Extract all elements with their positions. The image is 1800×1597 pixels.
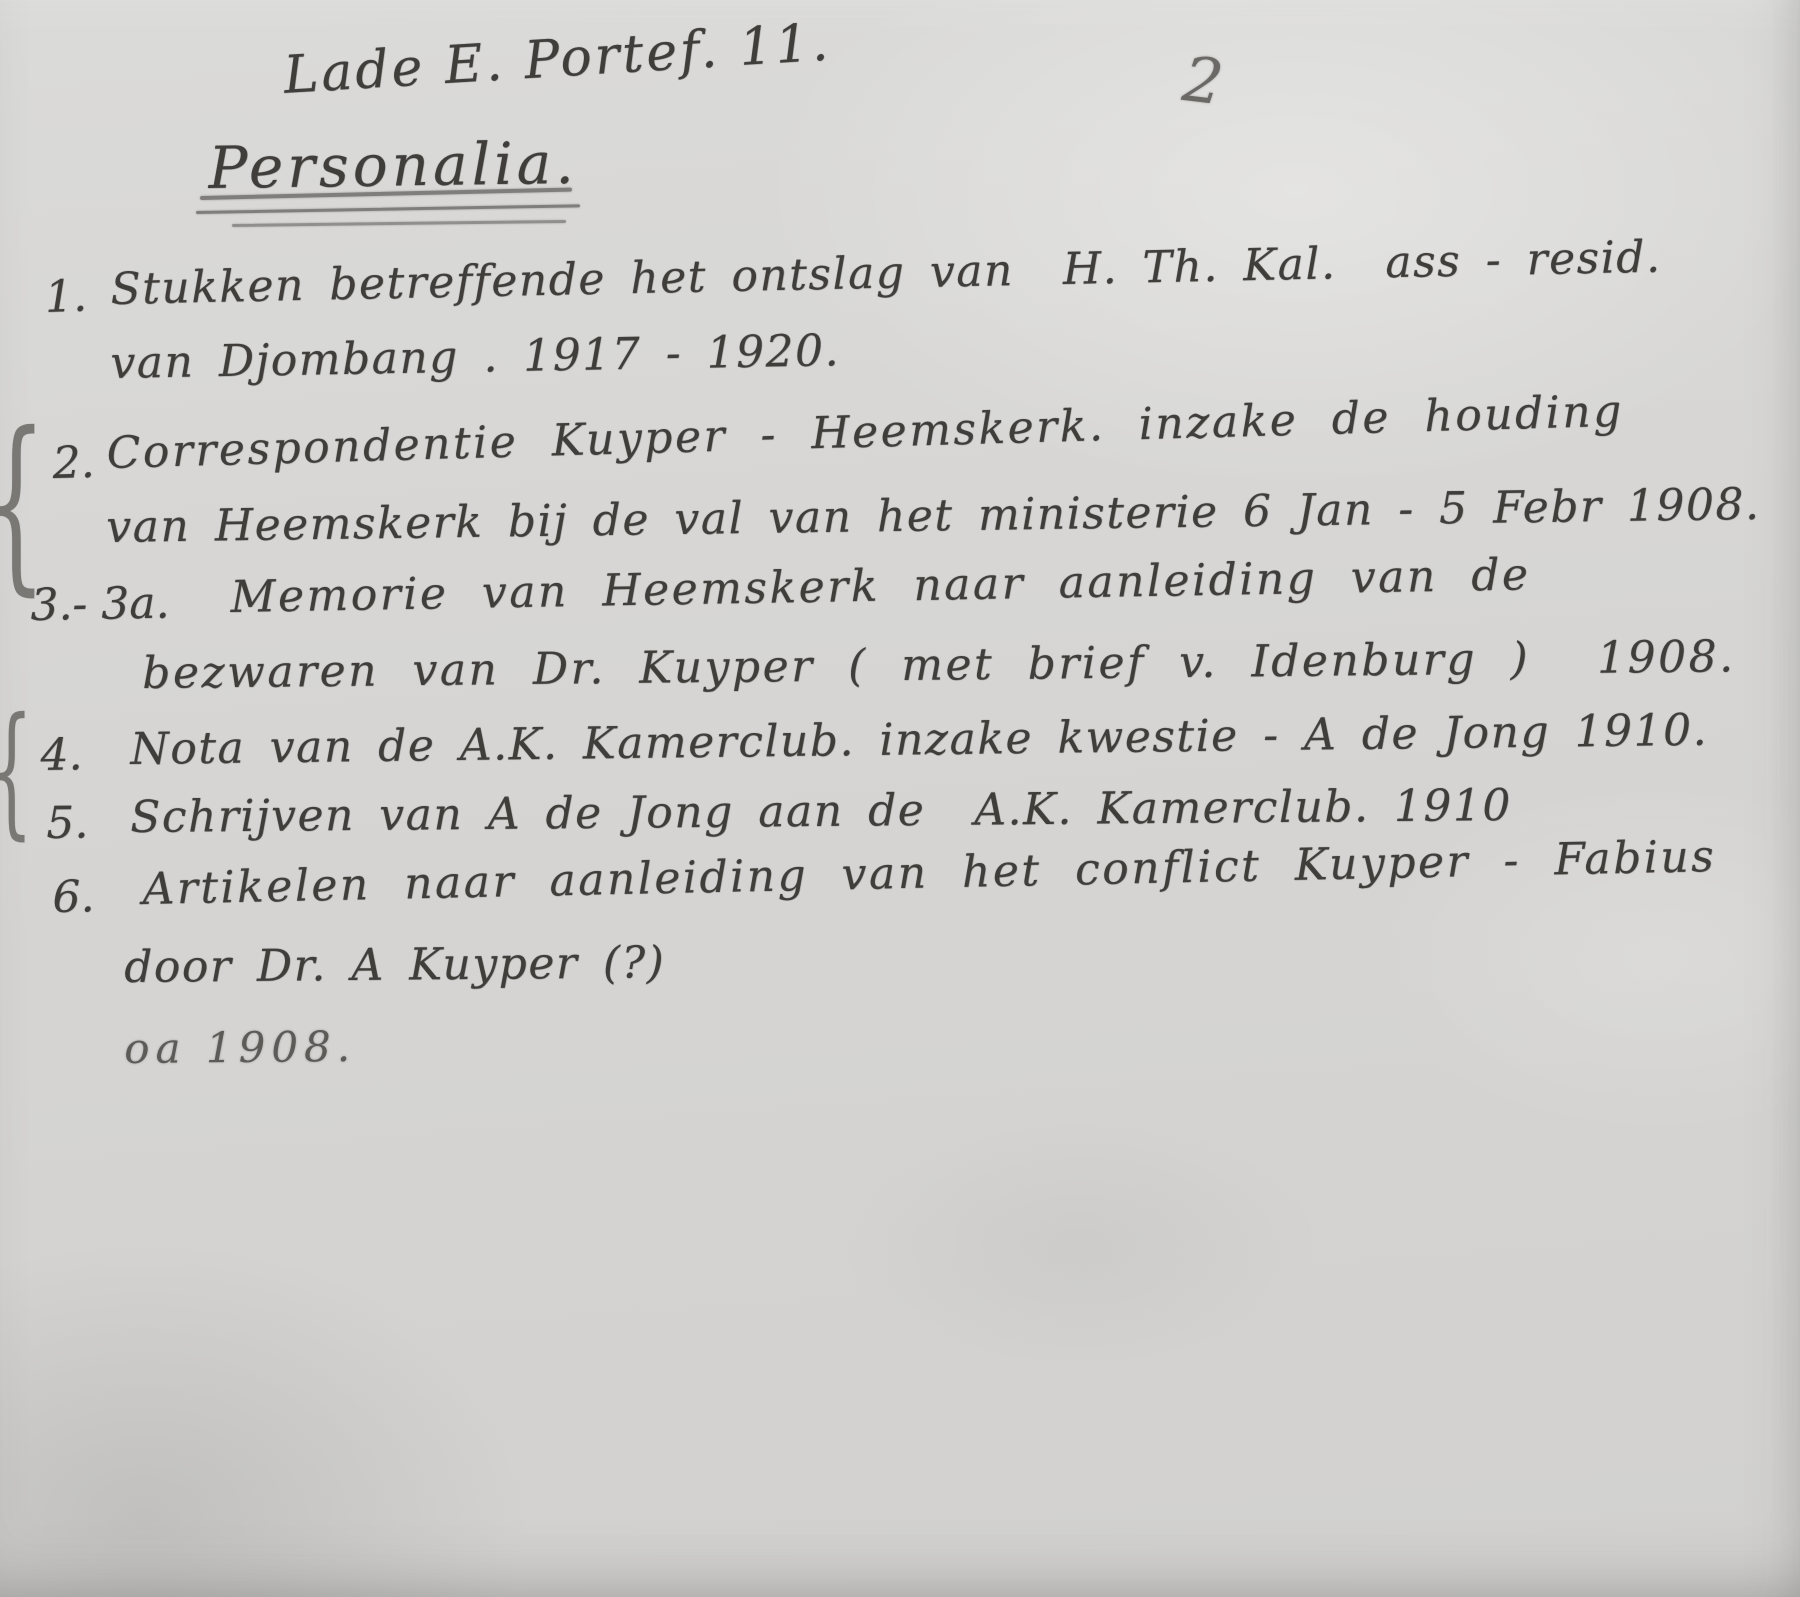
item-3-number: 3.- 3a. [30, 578, 170, 631]
item-6-line-1: Artikelen naar aanleiding van het confli… [142, 831, 1717, 915]
item-1-line-2: van Djombang . 1917 - 1920. [110, 325, 840, 389]
margin-brace-items-4-5: { [0, 688, 33, 853]
item-1-line-1: Stukken betreffende het ontslag van H. T… [110, 232, 1662, 315]
item-5-line-1: Schrijven van A de Jong aan de A.K. Kame… [130, 780, 1512, 843]
footnote-date: oa 1908. [124, 1022, 356, 1073]
archive-location-header: Lade E. Portef. 11. [282, 13, 833, 106]
item-2-number: 2. [52, 437, 95, 489]
item-2-line-1: Correspondentie Kuyper - Heemskerk. inza… [106, 386, 1624, 479]
item-3-line-2: bezwaren van Dr. Kuyper ( met brief v. I… [142, 631, 1736, 699]
item-3-line-1: Memorie van Heemskerk naar aanleiding va… [230, 549, 1531, 623]
item-1-number: 1. [44, 271, 88, 323]
item-5-number: 5. [46, 797, 89, 849]
handwritten-archive-page: Lade E. Portef. 11. 2 Personalia. { { 1.… [0, 0, 1800, 1597]
item-4-number: 4. [40, 729, 83, 781]
item-6-number: 6. [52, 871, 95, 923]
item-6-line-2: door Dr. A Kuyper (?) [124, 937, 666, 993]
title-underline-2 [232, 220, 566, 227]
item-4-line-1: Nota van de A.K. Kamerclub. inzake kwest… [130, 705, 1708, 775]
item-2-line-2: van Heemskerk bij de val van het ministe… [106, 479, 1761, 553]
pencil-mark: 2 [1179, 42, 1227, 119]
title-underline-1 [196, 204, 580, 214]
